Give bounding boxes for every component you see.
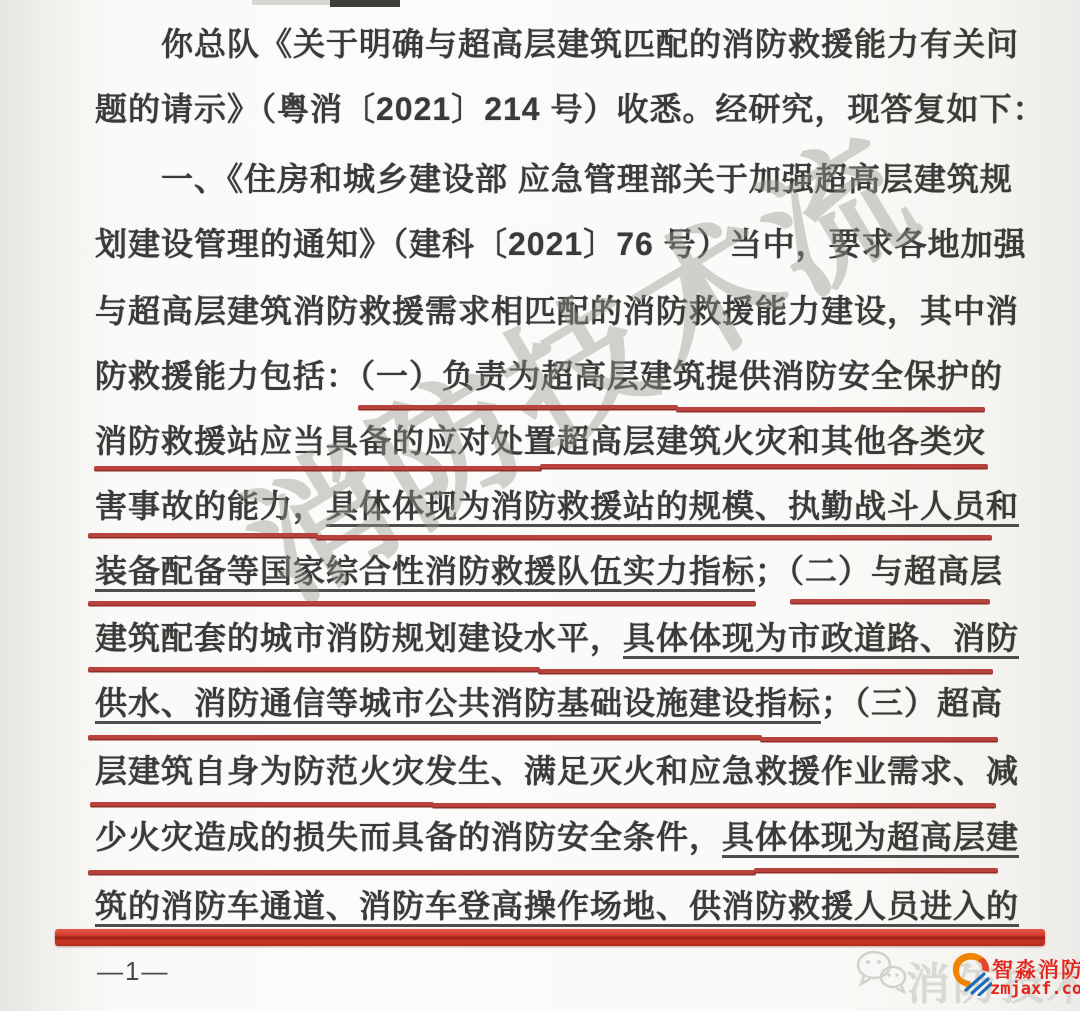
red-underline-segment: [538, 669, 993, 674]
red-underline-segment: [316, 535, 992, 540]
doc-line-text: ；（二）与超高层: [755, 553, 1003, 589]
doc-line: 供水、消防通信等城市公共消防基础设施建设指标；（三）超高: [95, 683, 985, 727]
doc-line: 建筑配套的城市消防规划建设水平，具体体现为市政道路、消防: [95, 618, 985, 662]
doc-line-text: 题的请示》（粤消〔2021〕214 号）收悉。经研究，现答复如下：: [95, 91, 1045, 127]
doc-line: 层建筑自身为防范火灾发生、满足灭火和应急救援作业需求、减: [95, 751, 985, 795]
document-page: 你总队《关于明确与超高层建筑匹配的消防救援能力有关问 题的请示》（粤消〔2021…: [0, 0, 1080, 1011]
doc-line: 你总队《关于明确与超高层建筑匹配的消防救援能力有关问: [161, 24, 985, 68]
doc-line-underlined-text: 具体体现为消防救援站的规模、执勤战斗人员和: [326, 488, 1019, 527]
red-underline-segment: [88, 667, 540, 672]
zhimiao-logo-icon: [950, 950, 992, 1001]
doc-line: 一、《住房和城乡建设部 应急管理部关于加强超高层建筑规: [161, 159, 985, 203]
red-underline-segment: [432, 803, 996, 808]
doc-line: 少火灾造成的损失而具备的消防安全条件，具体体现为超高层建: [95, 817, 985, 861]
doc-line-underlined-text: 供水、消防通信等城市公共消防基础设施建设指标: [95, 685, 821, 724]
red-underline-segment: [676, 407, 985, 412]
doc-line-underlined-text: 筑的消防车通道、消防车登高操作场地、供消防救援人员进入的: [95, 888, 1019, 927]
scan-artifact: [252, 0, 330, 5]
doc-line-text: 建筑配套的城市消防规划建设水平，: [95, 620, 623, 656]
red-underline-segment: [88, 735, 762, 740]
doc-line: 划建设管理的通知》（建科〔2021〕76 号）当中，要求各地加强: [95, 224, 985, 268]
doc-line-underlined-text: 具体体现为市政道路、消防: [623, 620, 1019, 659]
red-underline-segment: [94, 466, 542, 471]
doc-line-text: 消防救援站应当具备的应对处置超高层建筑火灾和其他各类灾: [95, 423, 986, 459]
red-underline-segment: [754, 868, 998, 873]
red-underline-segment: [88, 533, 318, 538]
wechat-icon: [854, 946, 910, 1003]
doc-line-text: 你总队《关于明确与超高层建筑匹配的消防救援能力有关问: [161, 26, 1019, 62]
doc-line: 题的请示》（粤消〔2021〕214 号）收悉。经研究，现答复如下：: [95, 89, 985, 133]
doc-line: 防救援能力包括：（一）负责为超高层建筑提供消防安全保护的: [95, 356, 985, 400]
logo-url: zmjaxf.com: [990, 979, 1080, 999]
doc-line-text: ；（三）超高: [821, 685, 1003, 721]
red-underline-segment: [790, 599, 990, 604]
red-underline-segment: [88, 870, 756, 875]
doc-line-text: 防救援能力包括：（一）负责为超高层建筑提供消防安全保护的: [95, 358, 1003, 394]
doc-line: 筑的消防车通道、消防车登高操作场地、供消防救援人员进入的: [95, 886, 985, 930]
footer-watermark: 消防技术流 智淼消防 zmjaxf.com: [0, 940, 1080, 1011]
doc-line-underlined-text: 具体体现为超高层建: [722, 819, 1019, 858]
doc-line-text: 害事故的能力，: [95, 488, 326, 524]
scan-artifact: [330, 0, 400, 7]
doc-line-text: 与超高层建筑消防救援需求相匹配的消防救援能力建设，其中消: [95, 293, 1019, 329]
doc-line-text: 一、《住房和城乡建设部 应急管理部关于加强超高层建筑规: [161, 161, 1013, 197]
doc-line: 与超高层建筑消防救援需求相匹配的消防救援能力建设，其中消: [95, 291, 985, 335]
doc-line-text: 层建筑自身为防范火灾发生、满足灭火和应急救援作业需求、减: [95, 753, 1019, 789]
red-underline-segment: [88, 601, 756, 606]
red-underline-segment: [760, 737, 998, 742]
red-underline-segment: [358, 405, 678, 410]
doc-line: 消防救援站应当具备的应对处置超高层建筑火灾和其他各类灾: [95, 421, 985, 465]
red-underline-segment: [540, 464, 988, 469]
red-underline-segment: [90, 802, 434, 807]
doc-line-text: 少火灾造成的损失而具备的消防安全条件，: [95, 819, 722, 855]
doc-line: 害事故的能力，具体体现为消防救援站的规模、执勤战斗人员和: [95, 486, 985, 530]
doc-line-text: 划建设管理的通知》（建科〔2021〕76 号）当中，要求各地加强: [95, 226, 1027, 262]
doc-line-underlined-text: 装备配备等国家综合性消防救援队伍实力指标: [95, 553, 755, 592]
doc-line: 装备配备等国家综合性消防救援队伍实力指标；（二）与超高层: [95, 551, 985, 595]
